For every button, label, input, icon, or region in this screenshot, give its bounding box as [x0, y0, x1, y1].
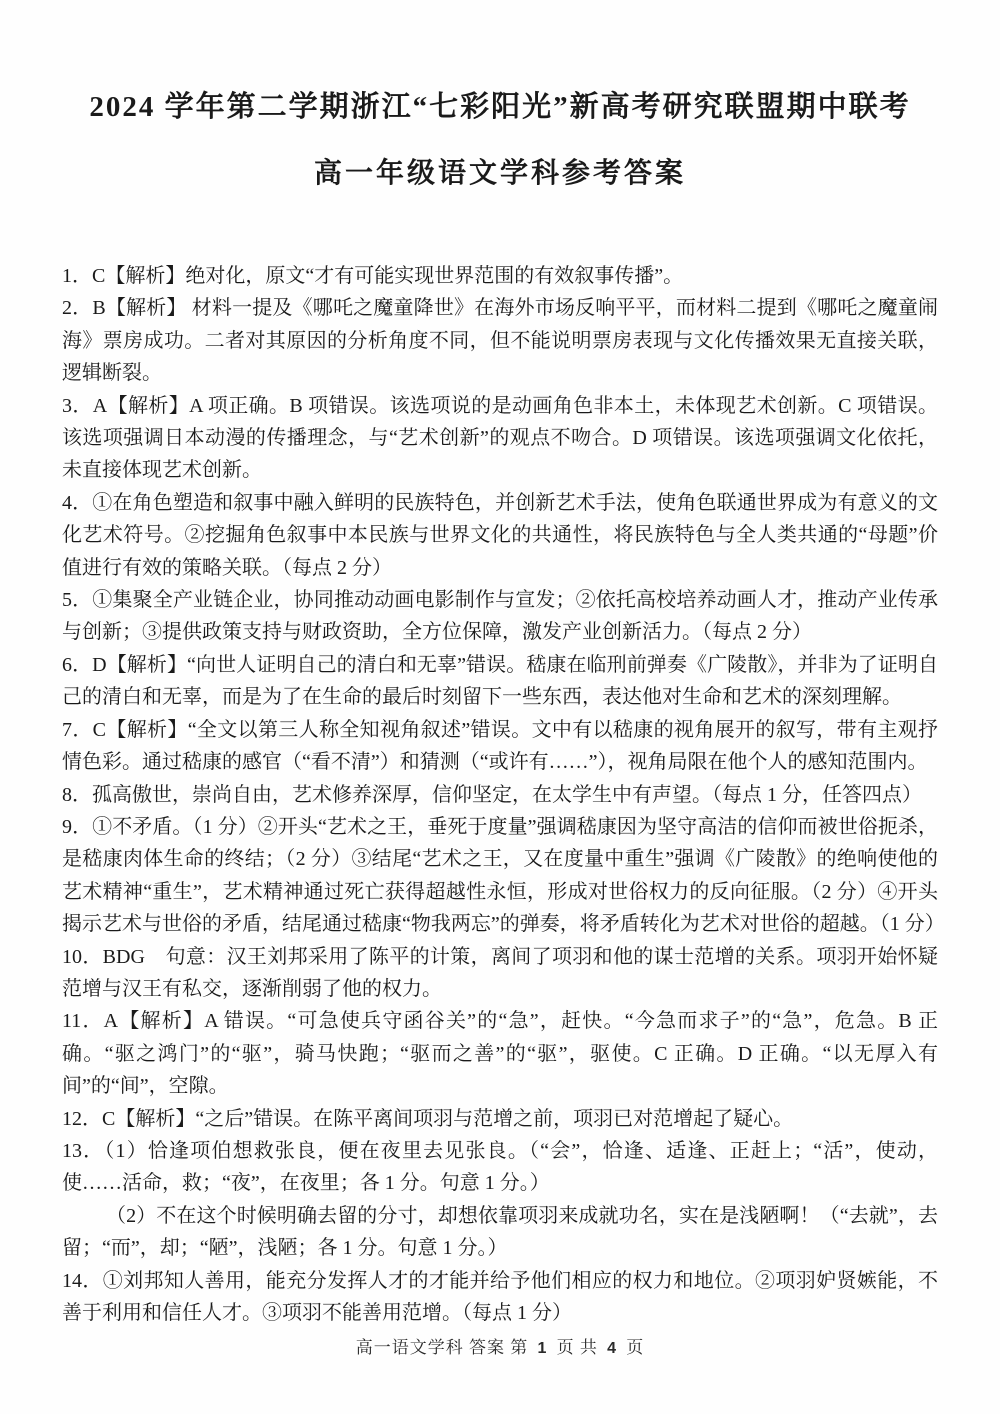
answer-item-4: 4．①在角色塑造和叙事中融入鲜明的民族特色，并创新艺术手法，使角色联通世界成为有… — [62, 487, 938, 584]
footer-total-pages: 4 — [603, 1340, 621, 1357]
answer-item-8: 8．孤高傲世，崇尚自由，艺术修养深厚，信仰坚定，在太学生中有声望。（每点 1 分… — [62, 779, 938, 811]
answer-item-6: 6．D【解析】“向世人证明自己的清白和无辜”错误。嵇康在临刑前弹奏《广陵散》，并… — [62, 649, 938, 714]
answer-sheet-page: 2024 学年第二学期浙江“七彩阳光”新高考研究联盟期中联考 高一年级语文学科参… — [0, 0, 1000, 1414]
answer-item-12: 12．C【解析】“之后”错误。在陈平离间项羽与范增之前，项羽已对范增起了疑心。 — [62, 1103, 938, 1135]
document-title-line2: 高一年级语文学科参考答案 — [0, 152, 1000, 196]
footer-middle-label: 页 共 — [557, 1338, 598, 1357]
answer-item-13-part1: 13．（1）恰逢项伯想救张良，便在夜里去见张良。（“会”，恰逢、适逢、正赶上；“… — [62, 1135, 938, 1200]
document-title-line1: 2024 学年第二学期浙江“七彩阳光”新高考研究联盟期中联考 — [0, 84, 1000, 130]
answer-item-14: 14．①刘邦知人善用，能充分发挥人才的才能并给予他们相应的权力和地位。②项羽妒贤… — [62, 1265, 938, 1330]
answer-item-5: 5．①集聚全产业链企业，协同推动动画电影制作与宣发；②依托高校培养动画人才，推动… — [62, 584, 938, 649]
answer-item-11: 11．A【解析】A 错误。“可急使兵守函谷关”的“急”，赶快。“今急而求子”的“… — [62, 1005, 938, 1102]
footer-label: 高一语文学科 答案 第 — [356, 1338, 529, 1357]
answer-item-3: 3．A【解析】A 项正确。B 项错误。该选项说的是动画角色非本土，未体现艺术创新… — [62, 390, 938, 487]
document-title-block: 2024 学年第二学期浙江“七彩阳光”新高考研究联盟期中联考 高一年级语文学科参… — [0, 84, 1000, 196]
answers-body: 1．C【解析】绝对化，原文“才有可能实现世界范围的有效叙事传播”。 2．B【解析… — [62, 260, 938, 1329]
page-footer: 高一语文学科 答案 第 1 页 共 4 页 — [0, 1333, 1000, 1358]
answer-item-9: 9．①不矛盾。（1 分）②开头“艺术之王，垂死于度量”强调嵇康因为坚守高洁的信仰… — [62, 811, 938, 941]
answer-item-13-part2: （2）不在这个时候明确去留的分寸，却想依靠项羽来成就功名，实在是浅陋啊！（“去就… — [62, 1200, 938, 1265]
footer-page-number: 1 — [533, 1340, 551, 1357]
answer-item-1: 1．C【解析】绝对化，原文“才有可能实现世界范围的有效叙事传播”。 — [62, 260, 938, 292]
footer-suffix-label: 页 — [626, 1338, 644, 1357]
answer-item-7: 7．C【解析】“全文以第三人称全知视角叙述”错误。文中有以嵇康的视角展开的叙写，… — [62, 714, 938, 779]
answer-item-10: 10．BDG 句意：汉王刘邦采用了陈平的计策，离间了项羽和他的谋士范增的关系。项… — [62, 941, 938, 1006]
answer-item-2: 2．B【解析】 材料一提及《哪吒之魔童降世》在海外市场反响平平，而材料二提到《哪… — [62, 292, 938, 389]
